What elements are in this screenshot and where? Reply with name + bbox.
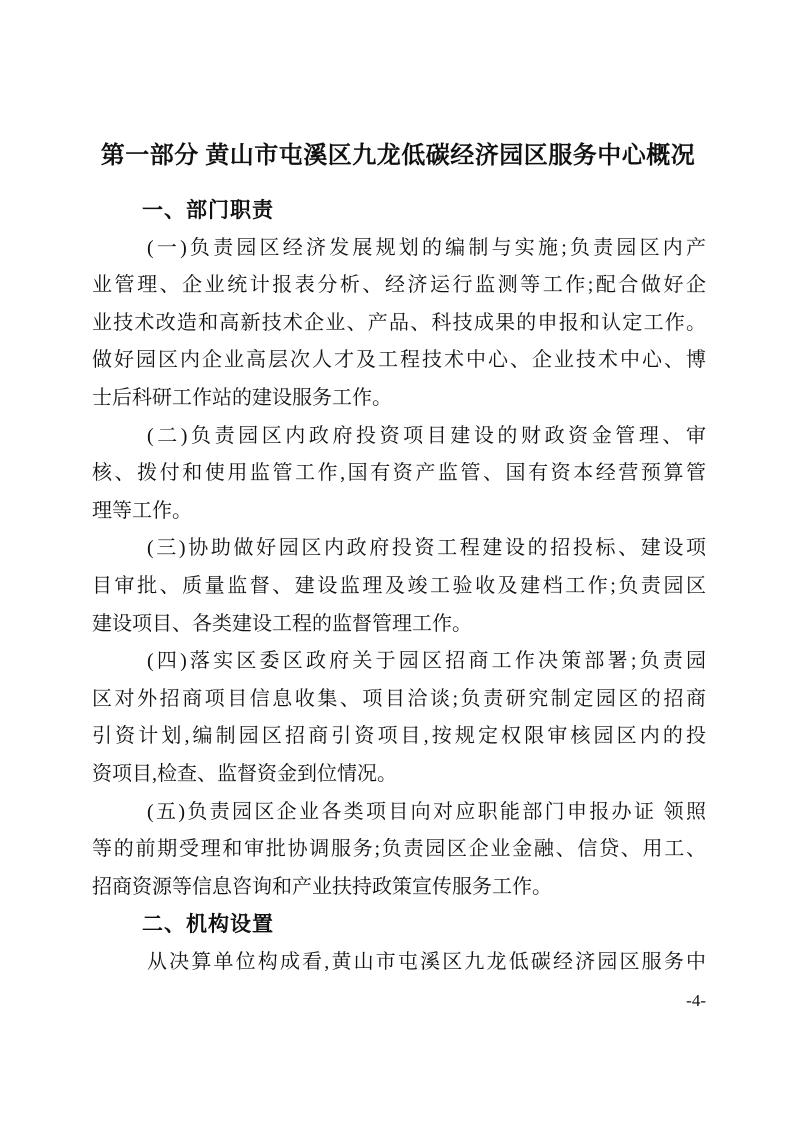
body-line: 做好园区内企业高层次人才及工程技术中心、企业技术中心、博 (92, 342, 706, 380)
body-line: 目审批、质量监督、建设监理及竣工验收及建档工作;负责园区 (92, 568, 706, 606)
body-line: (四)落实区委区政府关于园区招商工作决策部署;负责园 (92, 643, 706, 681)
body-line: (二)负责园区内政府投资项目建设的财政资金管理、审 (92, 418, 706, 456)
body-line: (五)负责园区企业各类项目向对应职能部门申报办证 领照 (92, 794, 706, 832)
document-title: 第一部分 黄山市屯溪区九龙低碳经济园区服务中心概况 (88, 139, 708, 173)
body-line: 业技术改造和高新技术企业、产品、科技成果的申报和认定工作。 (92, 305, 706, 343)
body-line: 资项目,检查、监督资金到位情况。 (92, 756, 706, 794)
section-heading-organization: 二、机构设置 (92, 906, 706, 944)
body-line: 核、拨付和使用监管工作,国有资产监管、国有资本经营预算管 (92, 455, 706, 493)
body-line: 引资计划,编制园区招商引资项目,按规定权限审核园区内的投 (92, 718, 706, 756)
page-number: -4- (92, 991, 706, 1011)
body-line: 等的前期受理和审批协调服务;负责园区企业金融、信贷、用工、 (92, 831, 706, 869)
body-line: 理等工作。 (92, 493, 706, 531)
document-page: 第一部分 黄山市屯溪区九龙低碳经济园区服务中心概况 一、部门职责 (一)负责园区… (0, 0, 793, 1122)
body-line: (一)负责园区经济发展规划的编制与实施;负责园区内产 (92, 230, 706, 268)
body-line: 建设项目、各类建设工程的监督管理工作。 (92, 606, 706, 644)
body-line: 士后科研工作站的建设服务工作。 (92, 380, 706, 418)
document-body: 一、部门职责 (一)负责园区经济发展规划的编制与实施;负责园区内产 业管理、企业… (92, 192, 706, 981)
body-line: 招商资源等信息咨询和产业扶持政策宣传服务工作。 (92, 869, 706, 907)
body-line: 区对外招商项目信息收集、项目洽谈;负责研究制定园区的招商 (92, 681, 706, 719)
body-line: 从决算单位构成看,黄山市屯溪区九龙低碳经济园区服务中 (92, 944, 706, 982)
section-heading-duties: 一、部门职责 (92, 192, 706, 230)
body-line: 业管理、企业统计报表分析、经济运行监测等工作;配合做好企 (92, 267, 706, 305)
body-line: (三)协助做好园区内政府投资工程建设的招投标、建设项 (92, 530, 706, 568)
